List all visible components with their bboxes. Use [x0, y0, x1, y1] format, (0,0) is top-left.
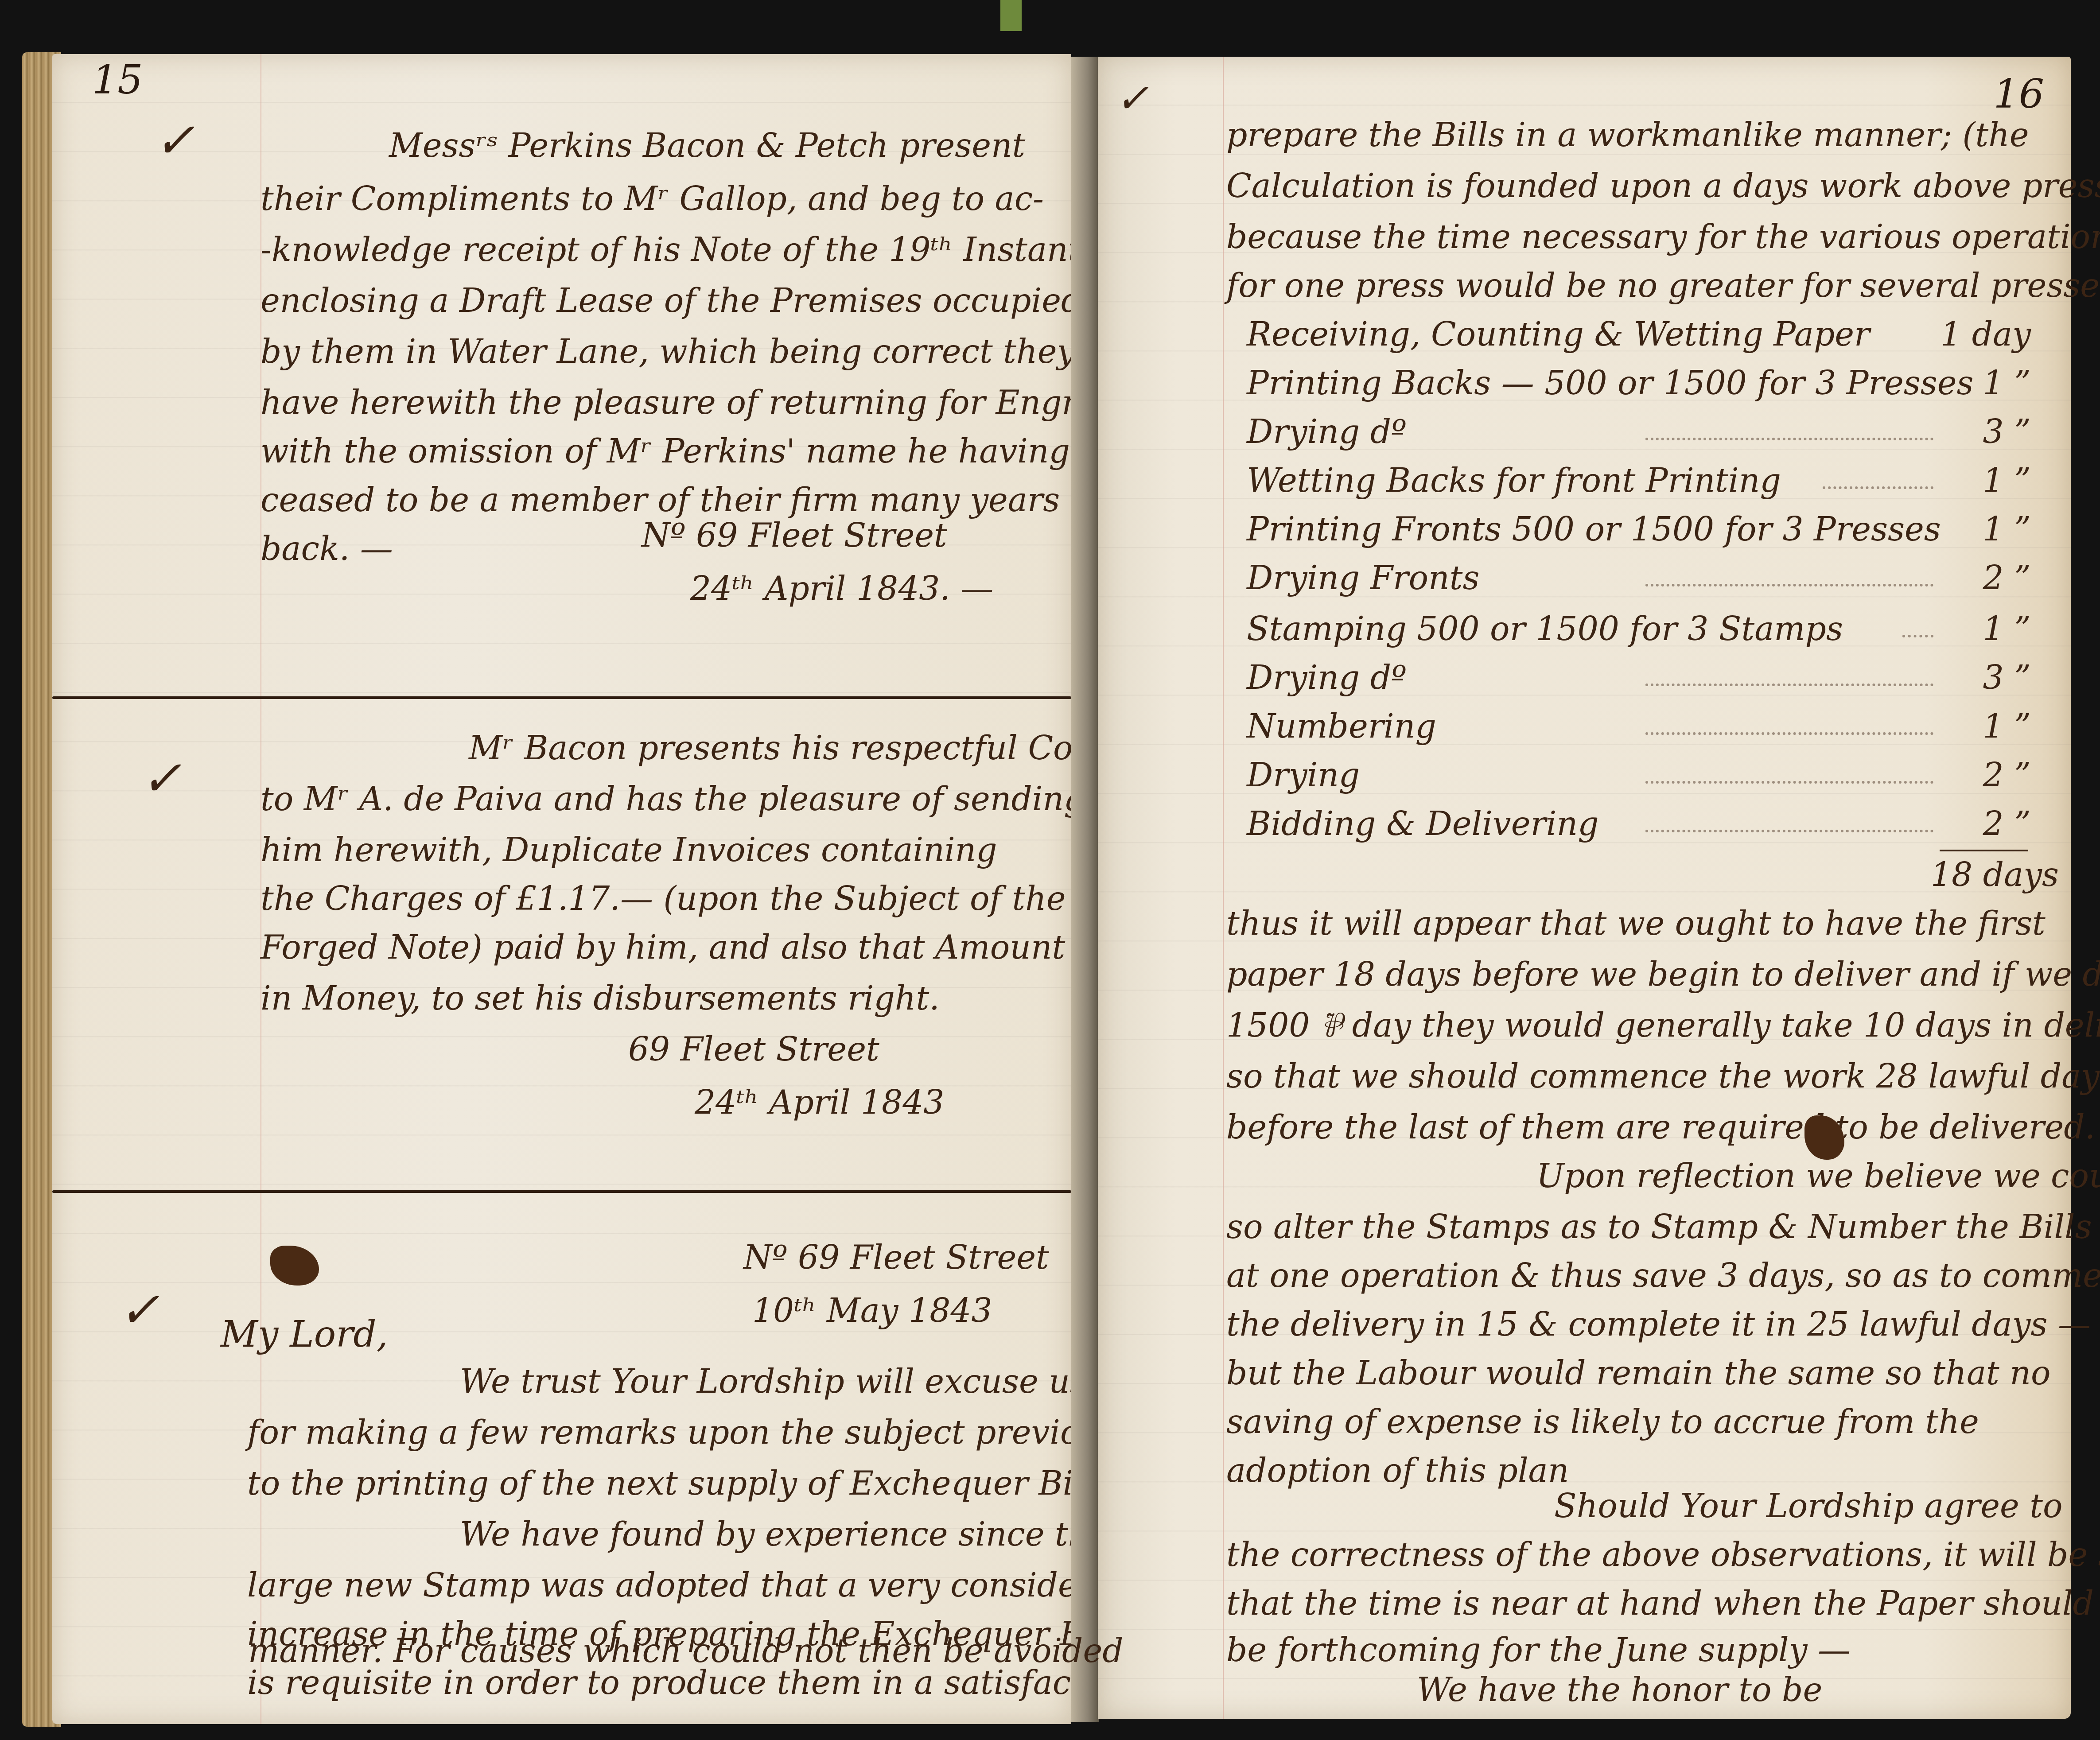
schedule-row: Drying Fronts 2 ” — [1247, 562, 2040, 606]
leader-dots — [1645, 438, 1933, 440]
entry-divider — [52, 1190, 1071, 1193]
leader-dots — [1645, 732, 1933, 735]
operation-label: Printing Fronts 500 or 1500 for 3 Presse… — [1247, 513, 1941, 546]
operation-label: Wetting Backs for front Printing — [1247, 464, 1781, 497]
date-line: 10ᵗʰ May 1843 — [752, 1294, 992, 1327]
letter-line: Calculation is founded upon a days work … — [1226, 170, 2100, 202]
letter-line: Messʳˢ Perkins Bacon & Petch present — [389, 129, 1025, 162]
letter-line: have herewith the pleasure of returning … — [261, 386, 1183, 419]
address-line: 69 Fleet Street — [628, 1033, 879, 1066]
operation-label: Numbering — [1247, 710, 1436, 743]
schedule-row: Receiving, Counting & Wetting Paper 1 da… — [1247, 318, 2040, 362]
days-value: 3 ” — [1983, 416, 2031, 448]
operation-label: Drying Fronts — [1247, 562, 1479, 594]
total-rule — [1940, 850, 2028, 851]
letter-line: in Money, to set his disbursements right… — [261, 982, 940, 1015]
operation-label: Drying — [1247, 759, 1360, 792]
letter-line: him herewith, Duplicate Invoices contain… — [261, 834, 997, 866]
letter-line: 1500 ⅌ day they would generally take 10 … — [1226, 1009, 2100, 1042]
letter-line: before the last of them are required to … — [1226, 1111, 2095, 1144]
leader-dots — [1645, 584, 1933, 586]
page-number: 15 — [92, 60, 143, 100]
closing-line: We have the honor to be — [1417, 1674, 1822, 1706]
schedule-row: Bidding & Delivering 2 ” — [1247, 808, 2040, 852]
letter-line: the Charges of £1.17.— (upon the Subject… — [261, 882, 1066, 915]
letter-line: their Compliments to Mʳ Gallop, and beg … — [261, 183, 1044, 215]
days-value: 2 ” — [1983, 759, 2031, 792]
letter-line: so alter the Stamps as to Stamp & Number… — [1226, 1211, 2092, 1243]
entry-divider — [52, 696, 1071, 699]
leader-dots — [1645, 830, 1933, 832]
leader-dots — [1902, 635, 1933, 637]
check-mark-icon: ✓ — [119, 1286, 159, 1334]
letter-line: saving of expense is likely to accrue fr… — [1226, 1406, 1979, 1438]
page-number: 16 — [1993, 74, 2044, 114]
letter-line: manner. For causes which could not then … — [248, 1635, 1124, 1667]
date-line: 24ᵗʰ April 1843. — — [690, 572, 993, 605]
letter-line: be forthcoming for the June supply — — [1226, 1634, 1851, 1666]
check-mark-icon: ✓ — [141, 754, 182, 803]
letter-line: Upon reflection we believe we could — [1536, 1160, 2100, 1192]
left-page: 15 ✓ Messʳˢ Perkins Bacon & Petch presen… — [52, 54, 1071, 1724]
letter-line: adoption of this plan — [1226, 1454, 1569, 1487]
days-value: 1 day — [1941, 318, 2031, 351]
operation-label: Bidding & Delivering — [1247, 808, 1599, 840]
operation-label: Stamping 500 or 1500 for 3 Stamps — [1247, 613, 1843, 645]
letter-line: thus it will appear that we ought to hav… — [1226, 907, 2046, 940]
letter-line: by them in Water Lane, which being corre… — [261, 335, 1075, 368]
letter-line: paper 18 days before we begin to deliver… — [1226, 958, 2100, 991]
schedule-row: Drying dº 3 ” — [1247, 661, 2040, 706]
letter-line: that the time is near at hand when the P… — [1226, 1587, 2094, 1620]
date-line: 24ᵗʰ April 1843 — [695, 1086, 944, 1119]
days-value: 2 ” — [1983, 562, 2031, 594]
operation-label: Printing Backs — 500 or 1500 for 3 Press… — [1247, 367, 1973, 400]
schedule-row: Drying dº 3 ” — [1247, 416, 2040, 460]
letter-line: the delivery in 15 & complete it in 25 l… — [1226, 1308, 2091, 1341]
letter-line: enclosing a Draft Lease of the Premises … — [261, 284, 1082, 317]
days-value: 3 ” — [1983, 661, 2031, 694]
operation-label: Receiving, Counting & Wetting Paper — [1247, 318, 1870, 351]
letter-line: to Mʳ A. de Paiva and has the pleasure o… — [261, 783, 1085, 816]
days-value: 1 ” — [1983, 367, 2031, 400]
leader-dots — [1823, 486, 1933, 489]
days-value: 2 ” — [1983, 808, 2031, 840]
letter-line: so that we should commence the work 28 l… — [1226, 1060, 2100, 1093]
days-value: 1 ” — [1983, 464, 2031, 497]
letter-line: because the time necessary for the vario… — [1226, 221, 2100, 253]
letter-line: for one press would be no greater for se… — [1226, 269, 2100, 302]
schedule-row: Printing Backs — 500 or 1500 for 3 Press… — [1247, 367, 2040, 411]
right-page: 16 ✓ prepare the Bills in a workmanlike … — [1098, 57, 2071, 1719]
operation-label: Drying dº — [1247, 416, 1407, 448]
margin-rule — [1223, 57, 1224, 1719]
letter-line: We trust Your Lordship will excuse us — [460, 1365, 1087, 1398]
letter-line: the correctness of the above observation… — [1226, 1538, 2100, 1571]
days-value: 1 ” — [1983, 613, 2031, 645]
schedule-total: 18 days — [1931, 858, 2059, 891]
address-line: Nº 69 Fleet Street — [642, 519, 947, 552]
letter-line: is requisite in order to produce them in… — [247, 1666, 1138, 1699]
letter-line: with the omission of Mʳ Perkins' name he… — [261, 435, 1070, 468]
salutation: My Lord, — [221, 1317, 388, 1353]
letter-line: ceased to be a member of their firm many… — [261, 484, 1060, 517]
letter-line: Mʳ Bacon presents his respectful Compˢ — [469, 732, 1136, 765]
schedule-row: Wetting Backs for front Printing 1 ” — [1247, 464, 2040, 509]
check-mark-icon: ✓ — [154, 116, 195, 165]
check-mark-icon: ✓ — [1116, 79, 1149, 119]
schedule-row: Stamping 500 or 1500 for 3 Stamps 1 ” — [1247, 613, 2040, 657]
schedule-row: Printing Fronts 500 or 1500 for 3 Presse… — [1247, 513, 2040, 557]
letter-line: -knowledge receipt of his Note of the 19… — [261, 233, 1081, 266]
letter-line: at one operation & thus save 3 days, so … — [1226, 1259, 2100, 1292]
bookmark-ribbon — [1000, 0, 1022, 31]
letter-line: for making a few remarks upon the subjec… — [247, 1416, 1118, 1449]
letter-line: large new Stamp was adopted that a very … — [247, 1569, 1163, 1602]
address-line: Nº 69 Fleet Street — [743, 1241, 1049, 1274]
letter-line: We have found by experience since the — [460, 1518, 1108, 1551]
letter-line: Forged Note) paid by him, and also that … — [261, 931, 1065, 964]
letter-line: prepare the Bills in a workmanlike manne… — [1226, 119, 2029, 151]
days-value: 1 ” — [1983, 513, 2031, 546]
days-value: 1 ” — [1983, 710, 2031, 743]
leader-dots — [1645, 684, 1933, 686]
schedule-row: Drying 2 ” — [1247, 759, 2040, 803]
leader-dots — [1645, 781, 1933, 784]
letter-line: but the Labour would remain the same so … — [1226, 1357, 2050, 1390]
schedule-row: Numbering 1 ” — [1247, 710, 2040, 754]
letter-line: back. — — [261, 532, 393, 565]
operation-label: Drying dº — [1247, 661, 1407, 694]
letter-line: Should Your Lordship agree to — [1554, 1490, 2063, 1522]
book-spine-gutter — [1071, 57, 1099, 1722]
letter-line: to the printing of the next supply of Ex… — [247, 1467, 1121, 1500]
